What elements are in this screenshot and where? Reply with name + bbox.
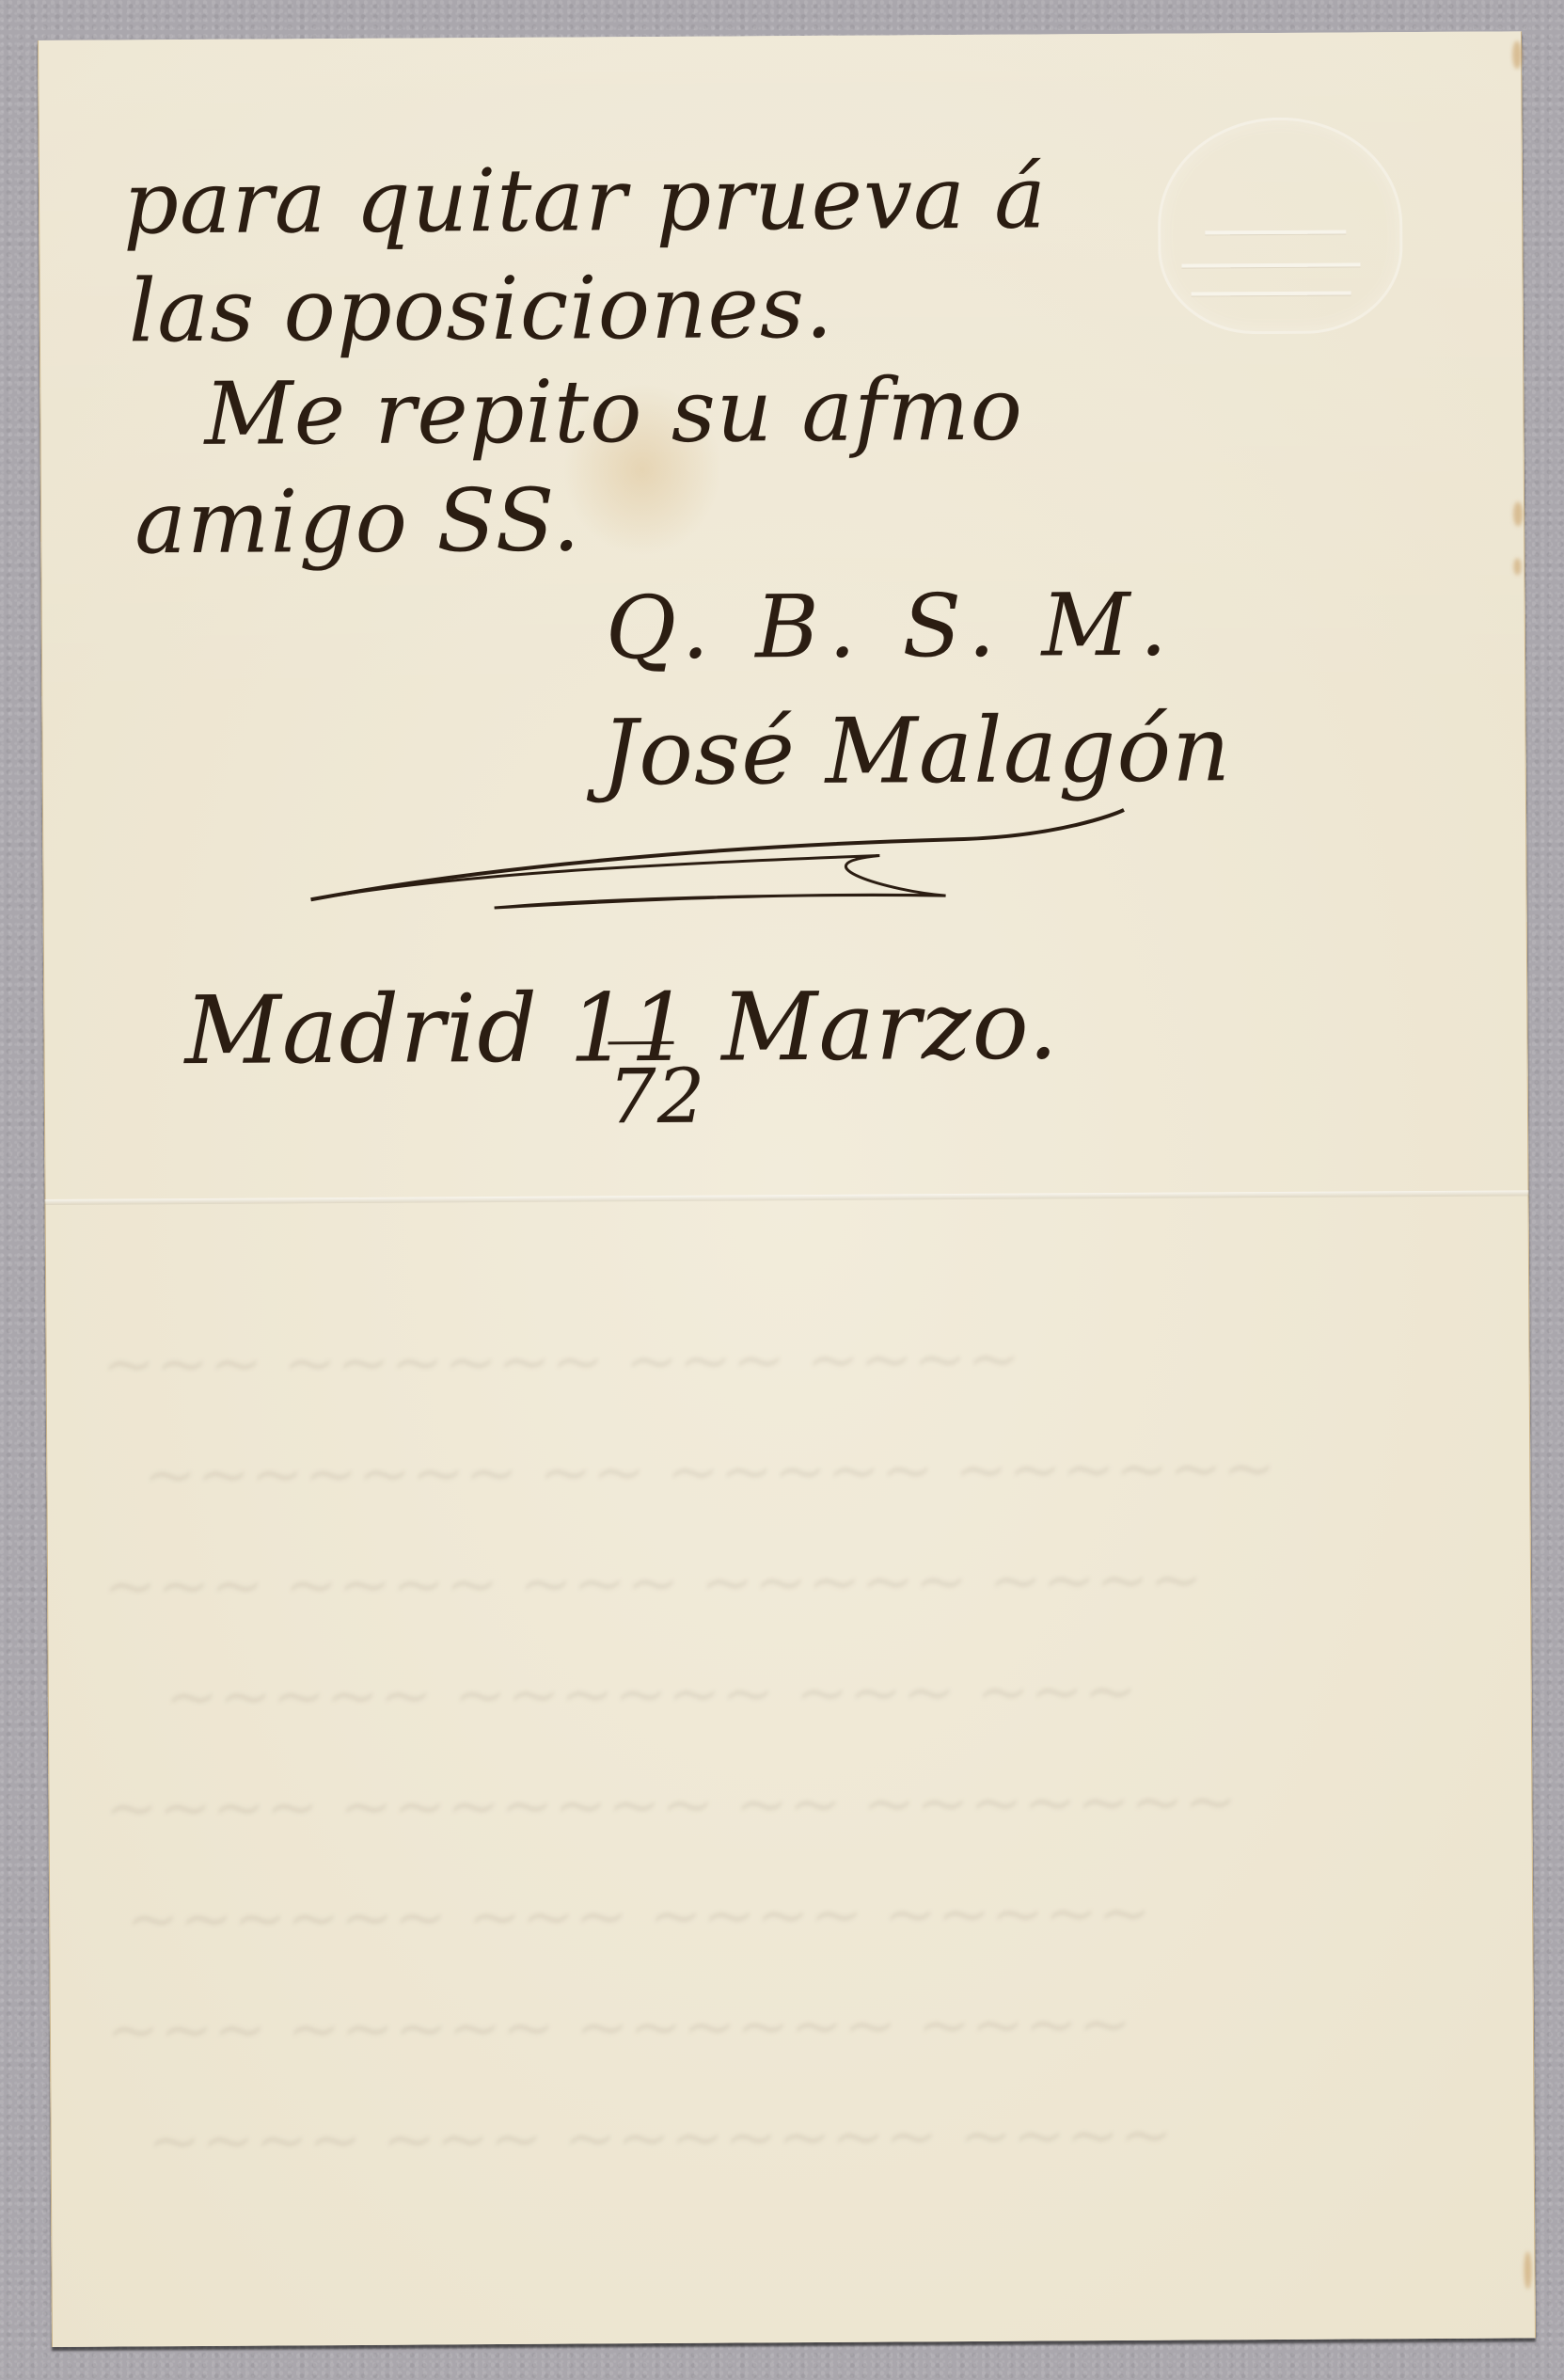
foxing-stain [1513, 501, 1523, 526]
year-rule [608, 1041, 674, 1044]
foxing-stain [1512, 40, 1522, 69]
signature: José Malagón [601, 696, 1231, 805]
letter-page: ~~~ ~~~~~~ ~~~ ~~~~ ~~~~~~~ ~~ ~~~~~ ~~~… [38, 31, 1536, 2347]
letter-line-3: Me repito su afmo [204, 359, 1023, 465]
letter-line-4: amigo SS. [134, 469, 581, 573]
foxing-stain [1524, 2251, 1531, 2289]
signature-flourish-icon [306, 805, 1153, 913]
fold-crease [45, 1190, 1529, 1205]
embossed-seal [1158, 117, 1403, 335]
year: 72 [608, 1053, 706, 1141]
letter-line-2: las oposiciones. [128, 257, 833, 362]
bleed-through-text: ~~~ ~~~~~~ ~~~ ~~~~ ~~~~~~~ ~~ ~~~~~ ~~~… [102, 1302, 1443, 2298]
closing-formula: Q. B. S. M. [606, 575, 1177, 679]
foxing-stain [1513, 558, 1521, 575]
letter-line-1: para quitar prueva á [123, 147, 1048, 253]
